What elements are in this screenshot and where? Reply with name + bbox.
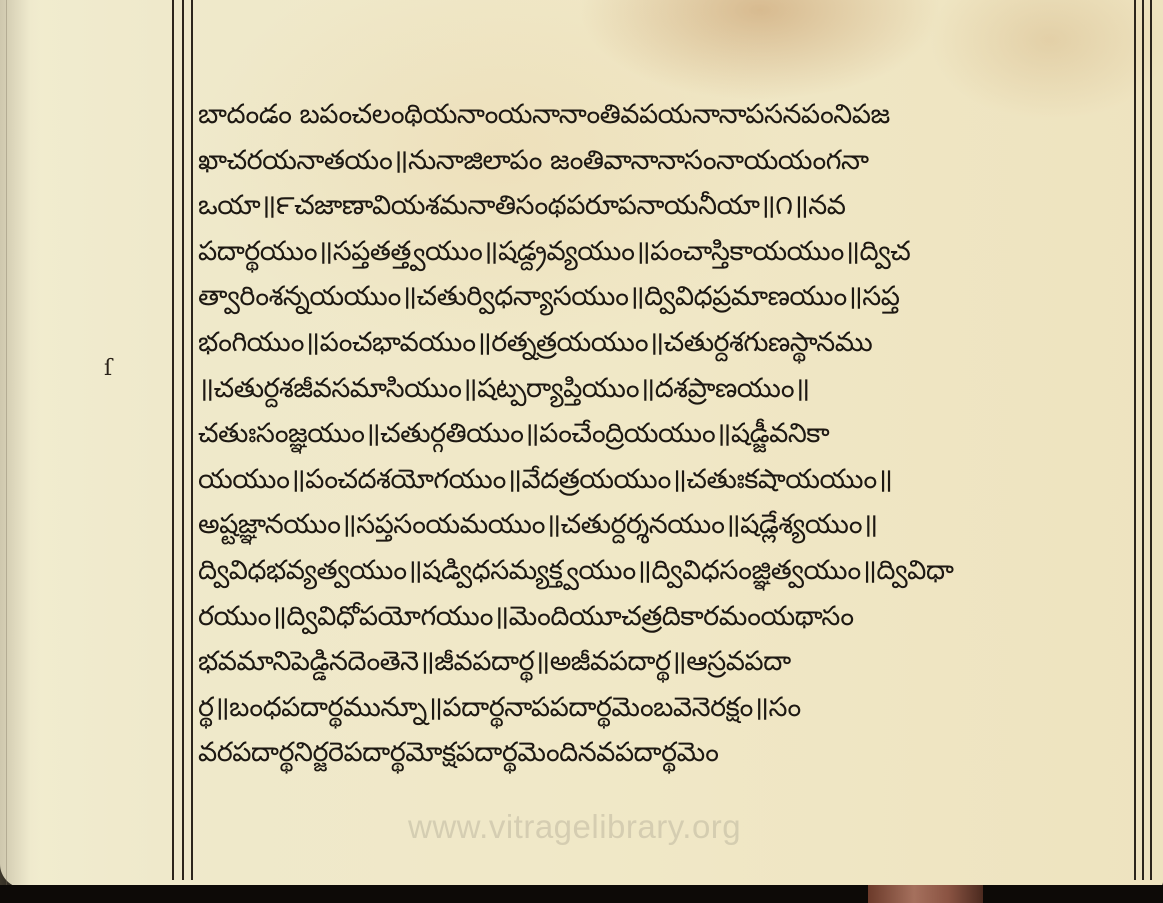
watermark: www.vitragelibrary.org [408,808,741,846]
page-fold-line [6,0,7,888]
manuscript-line: భంగియుం॥పంచభావయుం॥రత్నత్రయయుం॥చతుర్దశగుణ… [198,320,1138,366]
manuscript-line: వరపదార్థనిర్జరెపదార్థమోక్షపదార్థమెందినవప… [198,730,1138,776]
manuscript-line: యయుం॥పంచదశయోగయుం॥వేదత్రయయుం॥చతుఃకషాయయుం॥ [198,457,1138,503]
scan-background-strip [0,885,1163,903]
manuscript-text-block: బాదండం బపంచలంథియనాంయనానాంతివపయనానాపసనపంన… [198,92,1138,776]
manuscript-line: ॥చతుర్దశజీవసమాసియుం॥షట్పర్యాప్తియుం॥దశప్… [198,366,1138,412]
finger-edge [868,885,983,903]
manuscript-line: ర్థ॥బంధపదార్థమున్నూ॥పదార్థనాపపదార్థమెంబవ… [198,685,1138,731]
manuscript-line: ఖాచరయనాతయం॥నునాజిలాపం జంతివానానాసంనాయయంగ… [198,138,1138,184]
manuscript-line: రయుం॥ద్వివిధోపయోగయుం॥మెందియూచత్రదికారమంయ… [198,594,1138,640]
left-margin-rule-3 [191,0,193,880]
manuscript-line: భవమానిపెడ్డినదెంతెనె॥జీవపదార్థ॥అజీవపదార్… [198,639,1138,685]
right-margin-rule-2 [1142,0,1144,880]
right-margin-rule-3 [1150,0,1152,880]
manuscript-line: చతుఃసంజ్ఞయుం॥చతుర్గతియుం॥పంచేంద్రియయుం॥ష… [198,411,1138,457]
manuscript-line: పదార్థయుం॥సప్తతత్త్వయుం॥షడ్ద్రవ్యయుం॥పంచ… [198,229,1138,275]
manuscript-line: ద్వివిధభవ్యత్వయుం॥షడ్విధసమ్యక్త్వయుం॥ద్వ… [198,548,1138,594]
left-margin-rule-1 [172,0,174,880]
manuscript-line: త్వారింశన్నయయుం॥చతుర్విధన్యాసయుం॥ద్వివిధ… [198,274,1138,320]
margin-mark: ſ [104,356,112,381]
manuscript-line: ఒయా॥౯చజాణావియశమనాతిసంథపరూపనాయనీయా॥౧॥నవ [198,183,1138,229]
manuscript-page: ſ బాదండం బపంచలంథియనాంయనానాంతివపయనానాపసనప… [0,0,1163,888]
manuscript-line: బాదండం బపంచలంథియనాంయనానాంతివపయనానాపసనపంన… [198,92,1138,138]
manuscript-line: అష్టజ్ఞానయుం॥సప్తసంయమయుం॥చతుర్దర్శనయుం॥ష… [198,502,1138,548]
left-margin-rule-2 [182,0,184,880]
